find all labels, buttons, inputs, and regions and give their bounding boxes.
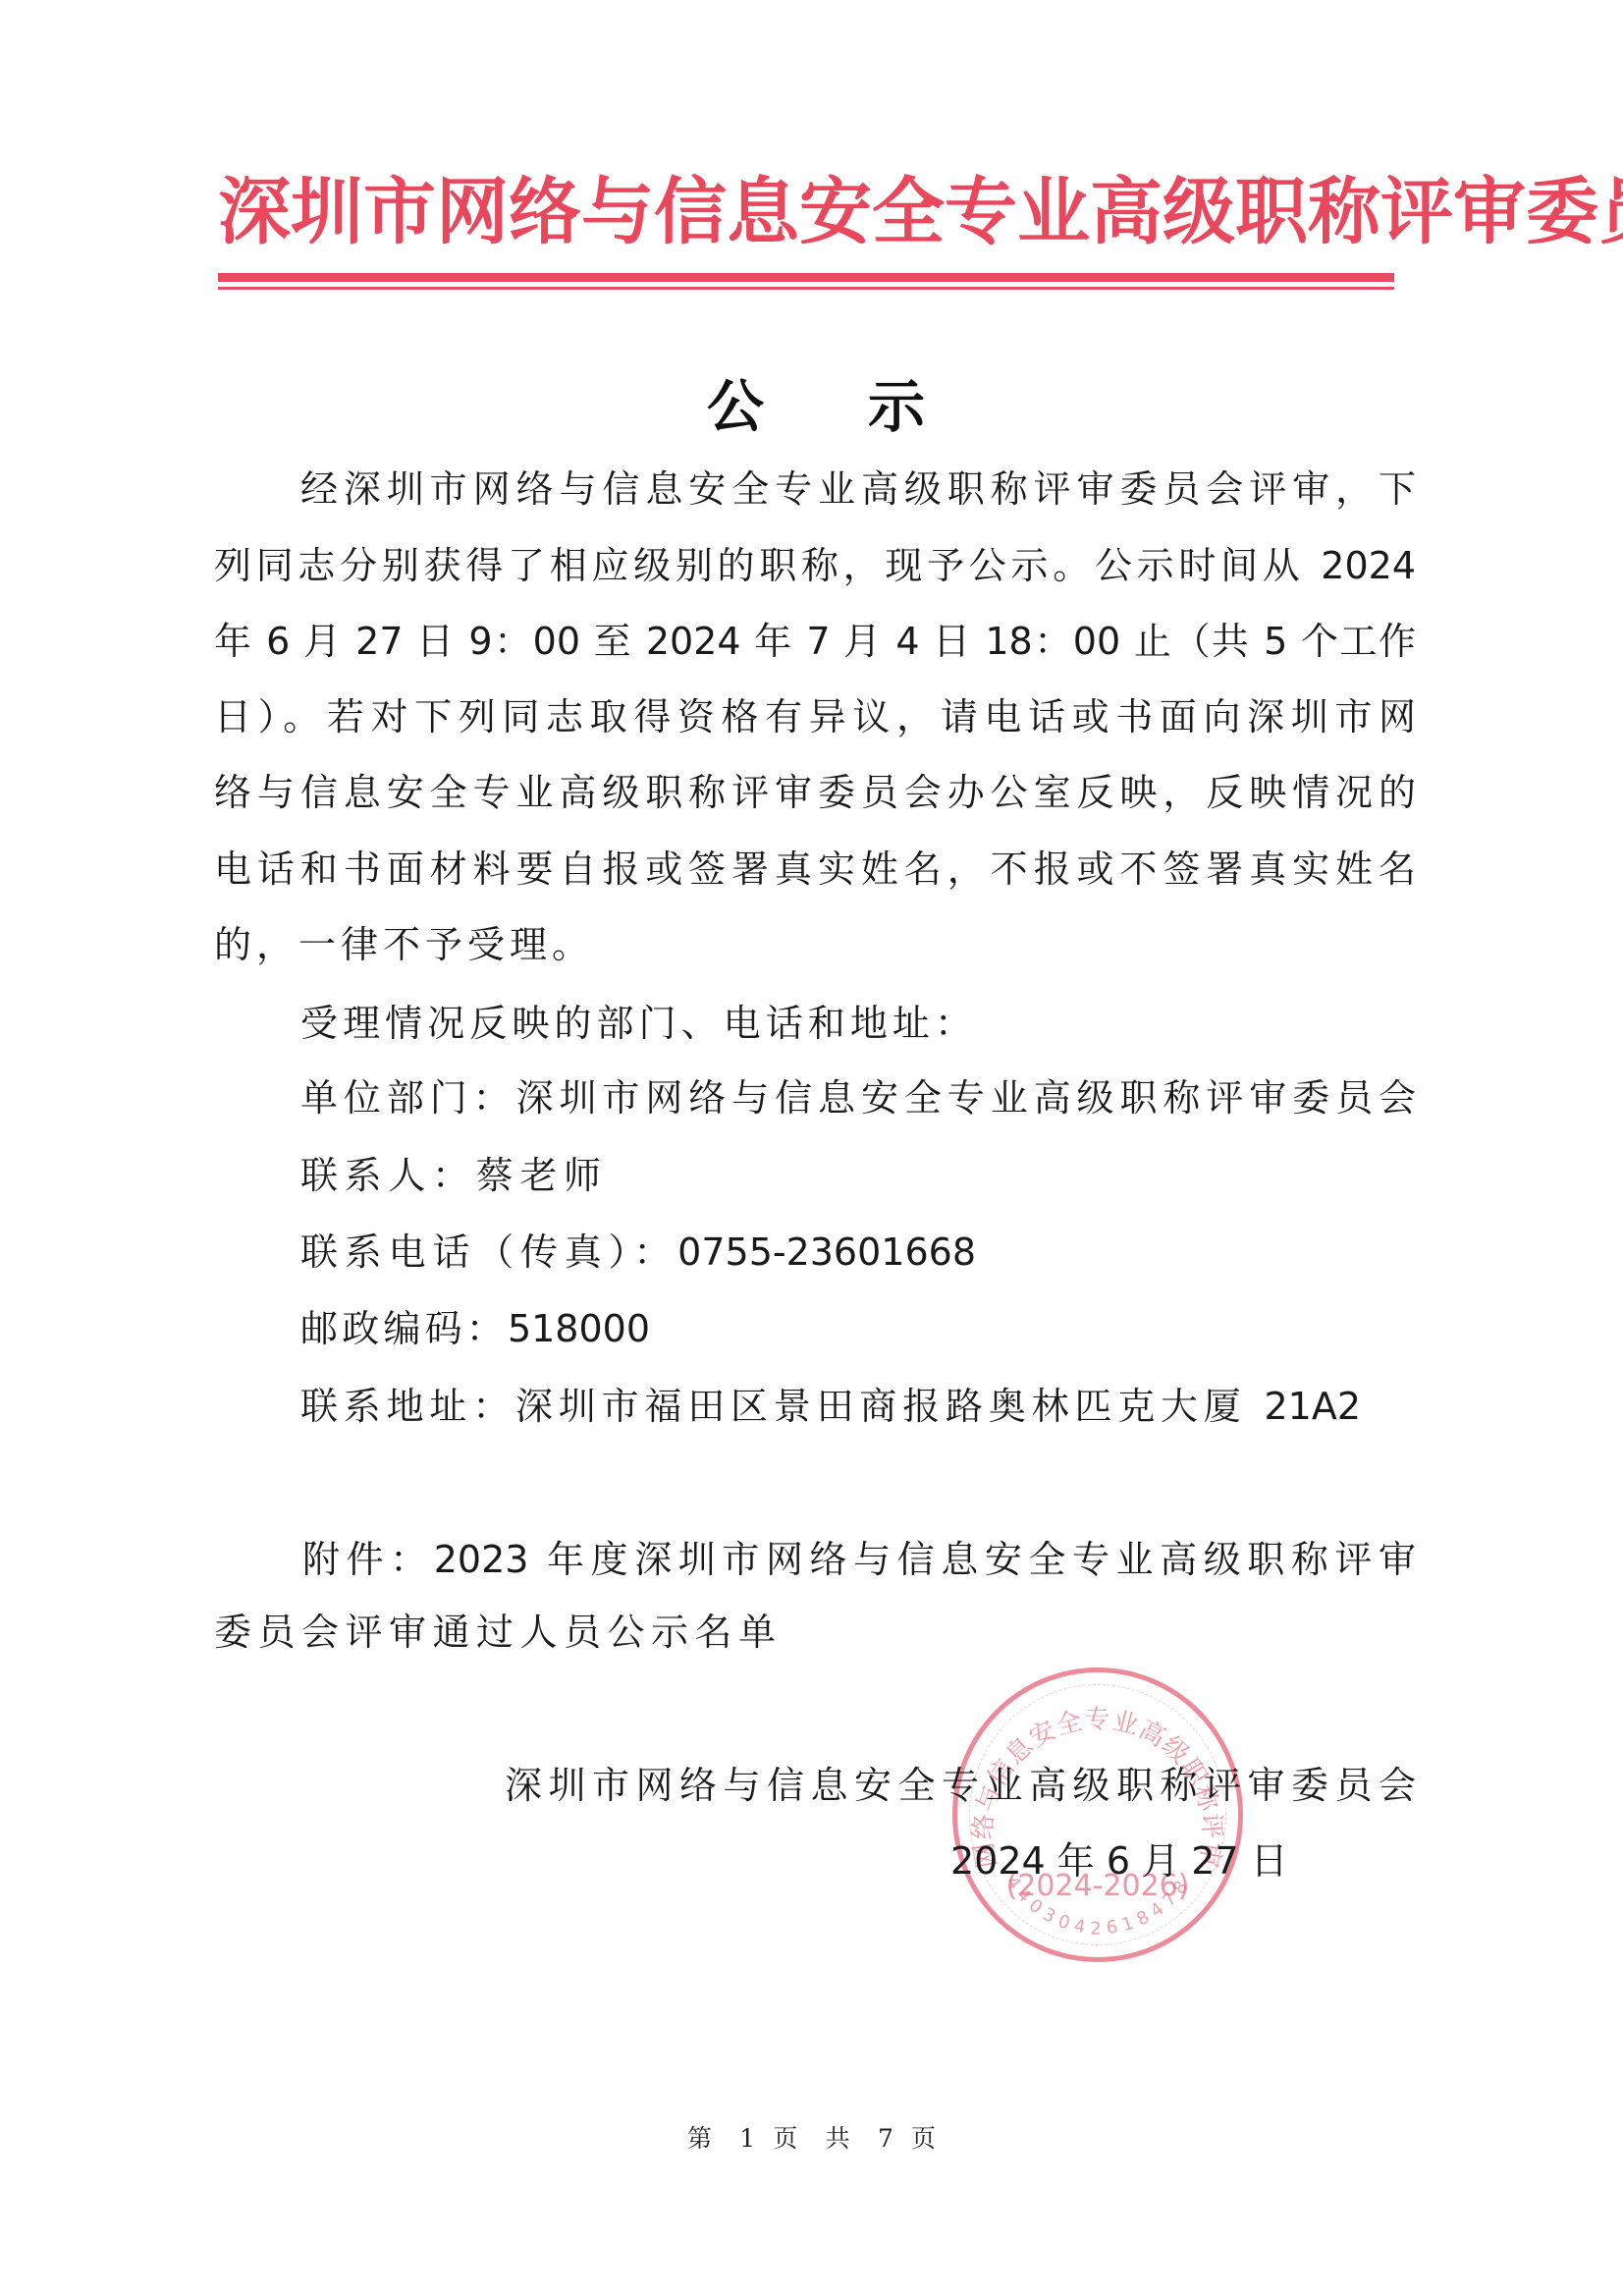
contact-postal-code: 邮政编码：518000 [300,1301,650,1356]
notice-title: 公 示 [707,371,925,442]
body-line: 电话和书面材料要自报或签署真实姓名，不报或不签署真实姓名 [214,842,1416,897]
body-line: 的，一律不予受理。 [214,917,589,972]
contact-address: 联系地址：深圳市福田区景田商报路奥林匹克大厦 21A2 [300,1379,1361,1434]
letterhead-rule-thick [218,273,1394,282]
attachment-line: 委员会评审通过人员公示名单 [214,1605,776,1660]
page-number: 第 1 页 共 7 页 [687,2121,936,2157]
seal-arc-text-icon: 深圳市网络与信息安全专业高级职称评审委员会 4403042618478 [957,1672,1238,1957]
body-line: 经深圳市网络与信息安全专业高级职称评审委员会评审，下 [300,462,1416,517]
letterhead-title: 深圳市网络与信息安全专业高级职称评审委员会 [218,165,1394,259]
contact-intro: 受理情况反映的部门、电话和地址： [300,996,972,1051]
body-line: 年 6 月 27 日 9：00 至 2024 年 7 月 4 日 18：00 止… [214,614,1416,669]
attachment-line: 附件：2023 年度深圳市网络与信息安全专业高级职称评审 [302,1532,1416,1587]
body-line: 列同志分别获得了相应级别的职称，现予公示。公示时间从 2024 [214,538,1416,593]
body-line: 日）。若对下列同志取得资格有异议，请电话或书面向深圳市网 [214,689,1416,744]
signature-date: 2024 年 6 月 27 日 [950,1833,1278,1888]
letterhead-rule-thin [218,287,1394,290]
contact-person: 联系人：蔡老师 [300,1148,601,1203]
signature-organization: 深圳市网络与信息安全专业高级职称评审委员会 [505,1758,1416,1813]
contact-department: 单位部门：深圳市网络与信息安全专业高级职称评审委员会 [300,1070,1416,1125]
document-page: 深圳市网络与信息安全专业高级职称评审委员会 公 示 经深圳市网络与信息安全专业高… [0,0,1623,2296]
body-line: 络与信息安全专业高级职称评审委员会办公室反映，反映情况的 [214,765,1416,820]
contact-phone: 联系电话（传真）：0755-23601668 [300,1225,976,1280]
official-seal: 深圳市网络与信息安全专业高级职称评审委员会 4403042618478 (202… [952,1667,1243,1962]
